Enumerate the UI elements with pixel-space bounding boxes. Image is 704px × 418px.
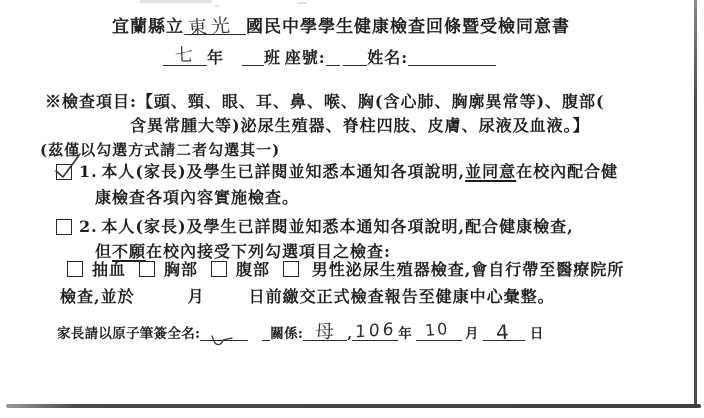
signature-line: 家長請以原子筆簽全名:關係:母,106年10月4日 [57, 324, 544, 344]
pre-relation-blank [262, 324, 270, 341]
deadline-month-label: 月 [188, 287, 205, 306]
month-blank: 10 [416, 324, 462, 341]
exam-items-line1: ※檢查項目:【頭、頸、眼、耳、鼻、喉、胸(含心肺、胸廓異常等)、腹部( [45, 92, 605, 112]
day-label: 日 [530, 326, 544, 342]
deadline-line: 檢查,並於月日前繳交正式檢查報告至健康中心彙整。 [60, 287, 555, 307]
suboption-chest-checkbox [139, 261, 155, 277]
suboption-chest-label: 胸部 [164, 260, 198, 279]
grade-label: 年 [207, 48, 224, 67]
option1-line2: 康檢查各項內容實施檢查。 [95, 188, 299, 208]
suboptions-row: 抽血胸部腹部 男性泌尿生殖器檢查,會自行帶至醫療院所 [67, 260, 624, 280]
grade-handwritten: 七 [175, 46, 195, 67]
school-name-blank: 東光 [184, 18, 246, 35]
seat-label: 座號: [285, 48, 326, 67]
name-blank [408, 49, 496, 66]
year-handwritten: 106 [355, 320, 397, 343]
suboption-abdomen-checkbox [211, 261, 227, 277]
option1-text-start: 本人(家長)及學生已詳閱並知悉本通知各項說明, [101, 162, 465, 181]
relation-handwritten: 母 [315, 322, 335, 343]
option2-line2-start: 但 [95, 242, 112, 261]
exam-items-line2: 含異常腫大等)泌尿生殖器、脊柱四肢、皮膚、尿液及血液。】 [130, 116, 590, 136]
relation-blank: 母 [303, 324, 347, 341]
suboption-male-urogenital-checkbox [283, 261, 299, 277]
grade-blank: 七 [163, 49, 207, 66]
option2-line1: 2. 本人(家長)及學生已詳閱並知悉本通知各項說明,配合健康檢查, [79, 217, 574, 237]
scanned-consent-form: 宜蘭縣立東光國民中學學生健康檢查回條暨受檢同意書 七年班 座號: 姓名: ※檢查… [0, 0, 704, 418]
scan-smudge-top-2 [297, 2, 307, 4]
seat-blank-2 [343, 49, 367, 66]
school-name-handwritten: 東光 [187, 15, 234, 38]
class-blank [242, 49, 264, 66]
scan-smudge-top [140, 0, 212, 3]
option2-line2-end: 在校內接受下列勾選項目之檢查: [146, 242, 391, 261]
deadline-end: 日前繳交正式檢查報告至健康中心彙整。 [249, 287, 555, 306]
day-handwritten: 4 [495, 322, 509, 343]
signature-label: 家長請以原子筆簽全名: [57, 326, 200, 342]
option2-text: 本人(家長)及學生已詳閱並知悉本通知各項說明,配合健康檢查, [101, 217, 573, 236]
suboption-male-urogenital-label: 男性泌尿生殖器檢查,會自行帶至醫療院所 [312, 260, 625, 279]
option1-text-emphasis: 並同意 [465, 162, 516, 181]
signature-blank [200, 324, 248, 341]
option1-number: 1. [79, 162, 98, 181]
option1-text-end: 在校內配合健 [516, 162, 618, 181]
month-label: 月 [465, 326, 479, 342]
option2-line2-emphasis: 不願 [112, 242, 146, 261]
seat-blank [326, 49, 340, 66]
scan-page-edge-right [694, 0, 697, 407]
option1-line1: 1. 本人(家長)及學生已詳閱並知悉本通知各項說明,並同意在校內配合健 [79, 162, 618, 182]
relation-label: 關係: [270, 326, 303, 342]
day-blank: 4 [483, 324, 525, 341]
month-handwritten: 10 [424, 319, 450, 341]
form-title: 宜蘭縣立東光國民中學學生健康檢查回條暨受檢同意書 [112, 17, 570, 37]
option2-number: 2. [79, 217, 98, 236]
title-suffix: 國民中學學生健康檢查回條暨受檢同意書 [246, 17, 570, 37]
class-label: 班 [264, 48, 281, 67]
option2-line2: 但不願在校內接受下列勾選項目之檢查: [95, 242, 391, 262]
student-info-line: 七年班 座號: 姓名: [163, 48, 496, 68]
scan-smudge-top-3 [214, 5, 219, 7]
suboption-blood-draw-label: 抽血 [92, 260, 126, 279]
scan-page-edge-bottom [6, 404, 701, 408]
signature-scribble-handwritten [210, 335, 236, 347]
year-label: 年 [398, 326, 412, 342]
suboption-blood-draw-checkbox [67, 261, 83, 277]
deadline-start: 檢查,並於 [60, 287, 135, 306]
suboption-abdomen-label: 腹部 [236, 260, 270, 279]
option2-checkbox [56, 219, 72, 235]
year-blank: 106 [352, 324, 398, 341]
name-label: 姓名: [367, 48, 408, 67]
title-prefix: 宜蘭縣立 [112, 17, 184, 37]
